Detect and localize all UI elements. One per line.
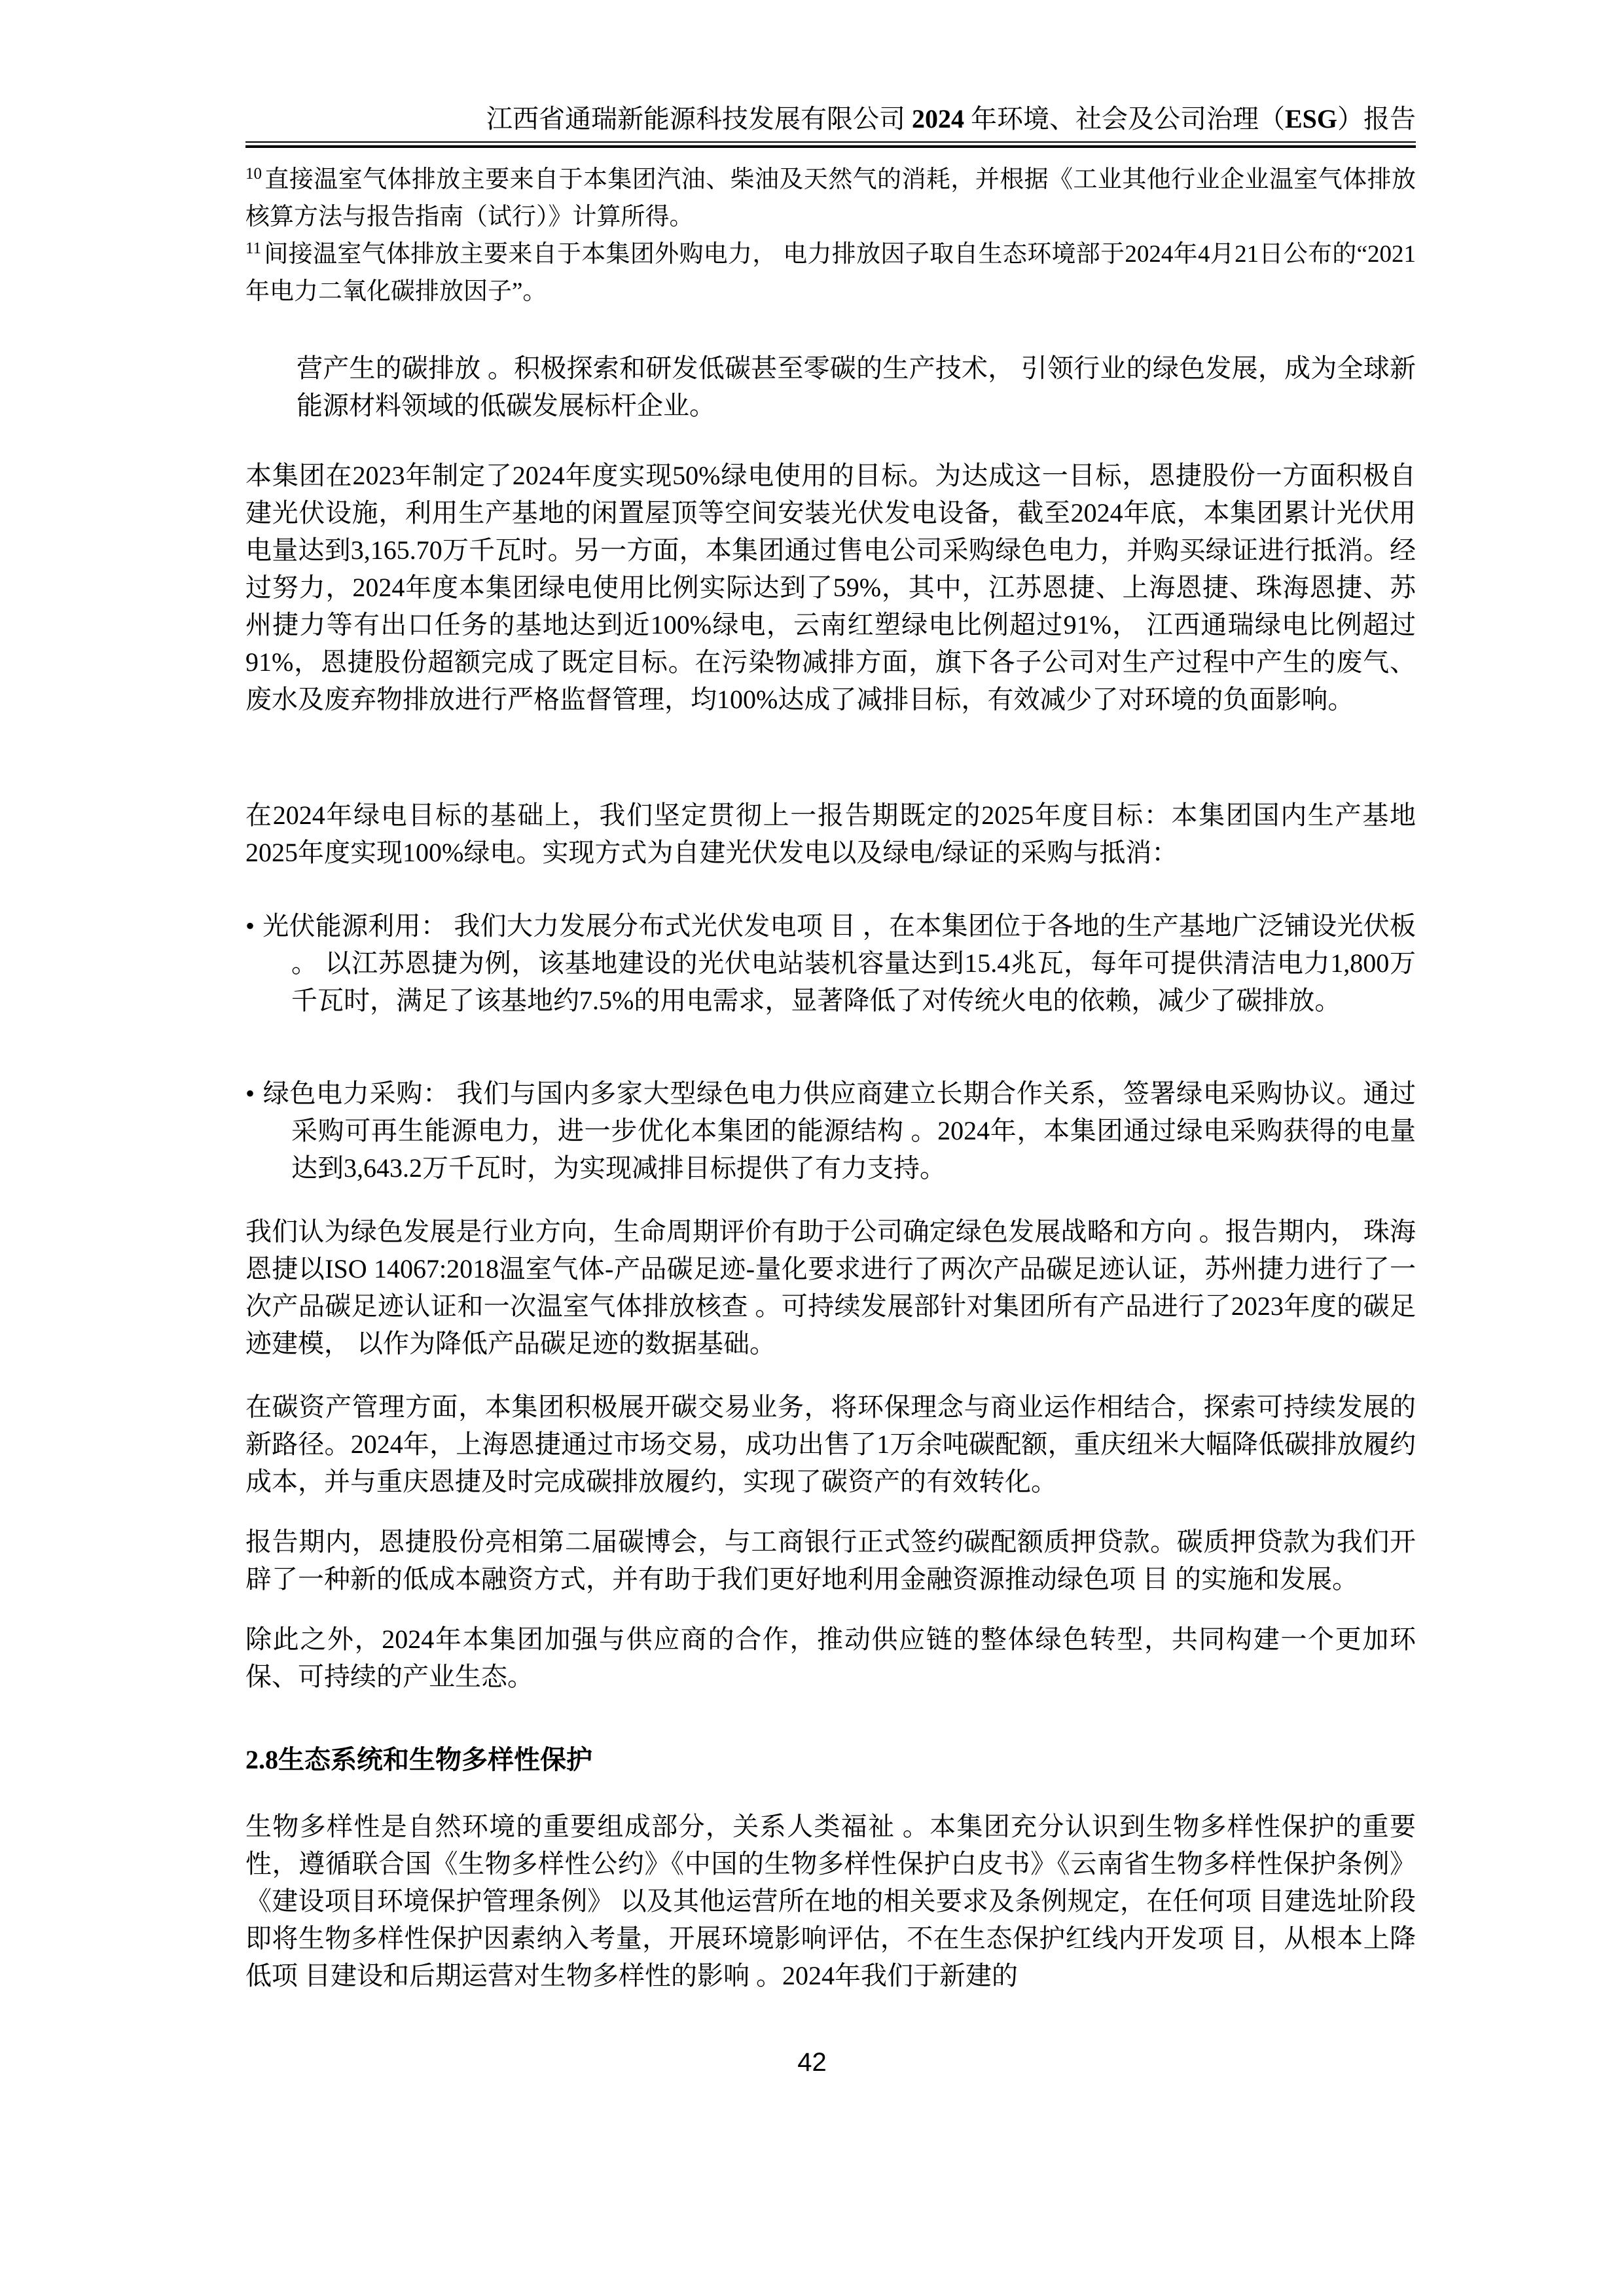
header-esg-label: ESG bbox=[1285, 104, 1337, 134]
footnote-11-marker: 11 bbox=[245, 240, 264, 257]
header-company-name: 江西省通瑞新能源科技发展有限公司 bbox=[486, 104, 912, 134]
bullet-marker-icon: • bbox=[245, 1075, 262, 1112]
report-header: 江西省通瑞新能源科技发展有限公司 2024 年环境、社会及公司治理（ESG）报告 bbox=[245, 103, 1416, 135]
bullet-solar-energy-text: 光伏能源利用： 我们大力发展分布式光伏发电项 目 ，在本集团位于各地的生产基地广… bbox=[262, 911, 1416, 1015]
bullet-green-power-purchase: •绿色电力采购： 我们与国内多家大型绿色电力供应商建立长期合作关系，签署绿电采购… bbox=[245, 1075, 1416, 1187]
paragraph-carbon-pledge-loan: 报告期内，恩捷股份亮相第二届碳博会，与工商银行正式签约碳配额质押贷款。碳质押贷款… bbox=[245, 1523, 1416, 1598]
footnote-11: 11间接温室气体排放主要来自于本集团外购电力， 电力排放因子取自生态环境部于20… bbox=[245, 236, 1416, 310]
footnote-10-text: 直接温室气体排放主要来自于本集团汽油、柴油及天然气的消耗，并根据《工业其他行业企… bbox=[245, 166, 1416, 230]
page-number: 42 bbox=[0, 2047, 1624, 2077]
header-separator-thick-line bbox=[245, 145, 1416, 148]
paragraph-2025-target: 在2024年绿电目标的基础上，我们坚定贯彻上一报告期既定的2025年度目标：本集… bbox=[245, 797, 1416, 871]
footnote-11-text: 间接温室气体排放主要来自于本集团外购电力， 电力排放因子取自生态环境部于2024… bbox=[245, 241, 1416, 305]
page-content: 江西省通瑞新能源科技发展有限公司 2024 年环境、社会及公司治理（ESG）报告… bbox=[245, 103, 1416, 1994]
paragraph-green-power-goal: 本集团在2023年制定了2024年度实现50%绿电使用的目标。为达成这一目标，恩… bbox=[245, 457, 1416, 718]
header-separator-thin-line bbox=[245, 141, 1416, 143]
header-title-mid: 年环境、社会及公司治理（ bbox=[964, 104, 1285, 134]
footnote-10: 10直接温室气体排放主要来自于本集团汽油、柴油及天然气的消耗，并根据《工业其他行… bbox=[245, 161, 1416, 236]
header-year: 2024 bbox=[912, 104, 964, 134]
paragraph-carbon-continuation: 营产生的碳排放 。积极探索和研发低碳甚至零碳的生产技术， 引领行业的绿色发展，成… bbox=[297, 350, 1416, 424]
header-title-tail: ）报告 bbox=[1337, 104, 1416, 134]
paragraph-biodiversity: 生物多样性是自然环境的重要组成部分，关系人类福祉 。本集团充分认识到生物多样性保… bbox=[245, 1808, 1416, 1994]
paragraph-lifecycle-assessment: 我们认为绿色发展是行业方向，生命周期评价有助于公司确定绿色发展战略和方向 。报告… bbox=[245, 1213, 1416, 1362]
paragraph-carbon-asset-management: 在碳资产管理方面，本集团积极展开碳交易业务，将环保理念与商业运作相结合，探索可持… bbox=[245, 1388, 1416, 1500]
footnote-10-marker: 10 bbox=[245, 165, 264, 183]
bullet-green-power-text: 绿色电力采购： 我们与国内多家大型绿色电力供应商建立长期合作关系，签署绿电采购协… bbox=[262, 1079, 1416, 1183]
section-heading-2-8-biodiversity: 2.8生态系统和生物多样性保护 bbox=[245, 1741, 1416, 1778]
bullet-marker-icon: • bbox=[245, 907, 262, 944]
paragraph-supply-chain-transition: 除此之外，2024年本集团加强与供应商的合作，推动供应链的整体绿色转型，共同构建… bbox=[245, 1621, 1416, 1695]
bullet-solar-energy-use: •光伏能源利用： 我们大力发展分布式光伏发电项 目 ，在本集团位于各地的生产基地… bbox=[245, 907, 1416, 1019]
